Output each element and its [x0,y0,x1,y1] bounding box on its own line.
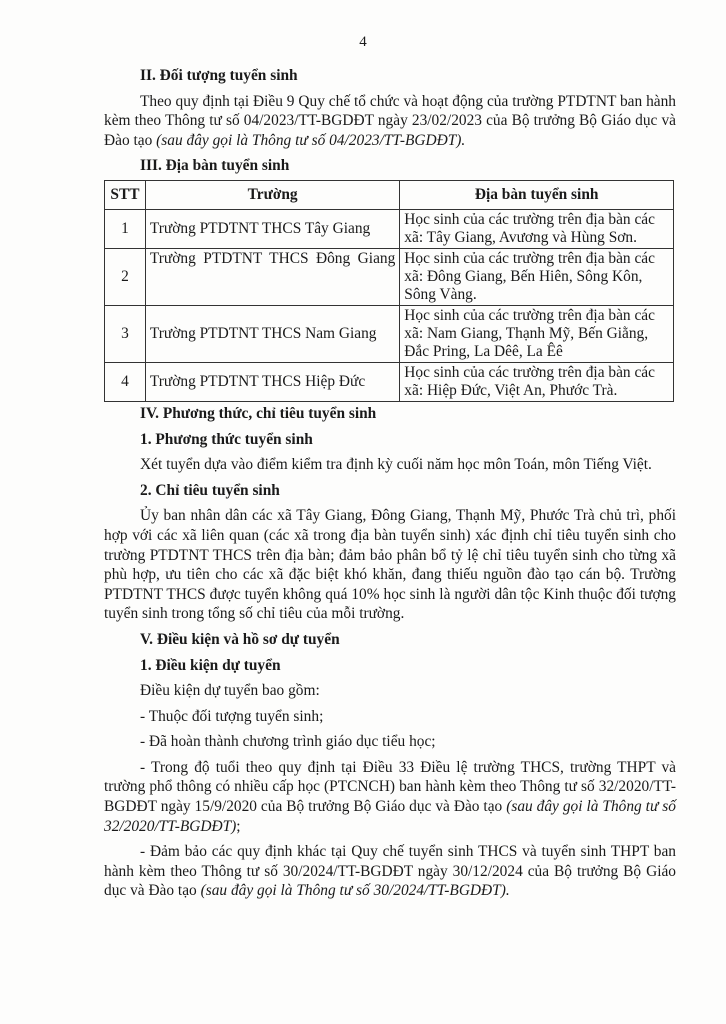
condition-item-2: - Đã hoàn thành chương trình giáo dục ti… [104,732,676,752]
paragraph-italic-text: (sau đây gọi là Thông tư số 04/2023/TT-B… [156,132,465,149]
header-area: Địa bàn tuyển sinh [400,180,674,209]
row-stt: 2 [105,248,146,305]
section-2-paragraph: Theo quy định tại Điều 9 Quy chế tổ chức… [104,92,676,151]
section-5-1-heading: 1. Điều kiện dự tuyển [104,656,676,676]
section-4-1-text: Xét tuyển dựa vào điểm kiểm tra định kỳ … [104,455,676,475]
item-italic-text: (sau đây gọi là Thông tư số 30/2024/TT-B… [201,882,510,899]
admission-area-table: STT Trường Địa bàn tuyển sinh 1 Trường P… [104,180,674,402]
row-stt: 1 [105,209,146,248]
row-stt: 4 [105,362,146,401]
row-area: Học sinh của các trường trên địa bàn các… [400,248,674,305]
item-end: ; [236,818,240,835]
section-5-heading: V. Điều kiện và hồ sơ dự tuyển [104,630,676,650]
condition-item-3: - Trong độ tuổi theo quy định tại Điều 3… [104,758,676,836]
document-body: II. Đối tượng tuyển sinh Theo quy định t… [104,66,676,901]
row-area: Học sinh của các trường trên địa bàn các… [400,362,674,401]
row-stt: 3 [105,305,146,362]
section-4-heading: IV. Phương thức, chỉ tiêu tuyển sinh [104,404,676,424]
condition-item-4: - Đảm bảo các quy định khác tại Quy chế … [104,842,676,901]
row-school: Trường PTDTNT THCS Nam Giang [145,305,399,362]
conditions-intro: Điều kiện dự tuyển bao gồm: [104,681,676,701]
section-4-2-heading: 2. Chỉ tiêu tuyển sinh [104,481,676,501]
section-2-heading: II. Đối tượng tuyển sinh [104,66,676,86]
row-school: Trường PTDTNT THCS Tây Giang [145,209,399,248]
header-stt: STT [105,180,146,209]
row-area: Học sinh của các trường trên địa bàn các… [400,209,674,248]
table-row: 4 Trường PTDTNT THCS Hiệp Đức Học sinh c… [105,362,674,401]
row-area: Học sinh của các trường trên địa bàn các… [400,305,674,362]
row-school: Trường PTDTNT THCS Hiệp Đức [145,362,399,401]
section-4-1-heading: 1. Phương thức tuyển sinh [104,430,676,450]
page-number: 4 [0,34,726,51]
header-school: Trường [145,180,399,209]
table-row: 1 Trường PTDTNT THCS Tây Giang Học sinh … [105,209,674,248]
row-school: Trường PTDTNT THCS Đông Giang [145,248,399,305]
table-header-row: STT Trường Địa bàn tuyển sinh [105,180,674,209]
table-row: 3 Trường PTDTNT THCS Nam Giang Học sinh … [105,305,674,362]
condition-item-1: - Thuộc đối tượng tuyển sinh; [104,707,676,727]
section-4-2-text: Ủy ban nhân dân các xã Tây Giang, Đông G… [104,506,676,624]
section-3-heading: III. Địa bàn tuyển sinh [104,156,676,176]
table-row: 2 Trường PTDTNT THCS Đông Giang Học sinh… [105,248,674,305]
